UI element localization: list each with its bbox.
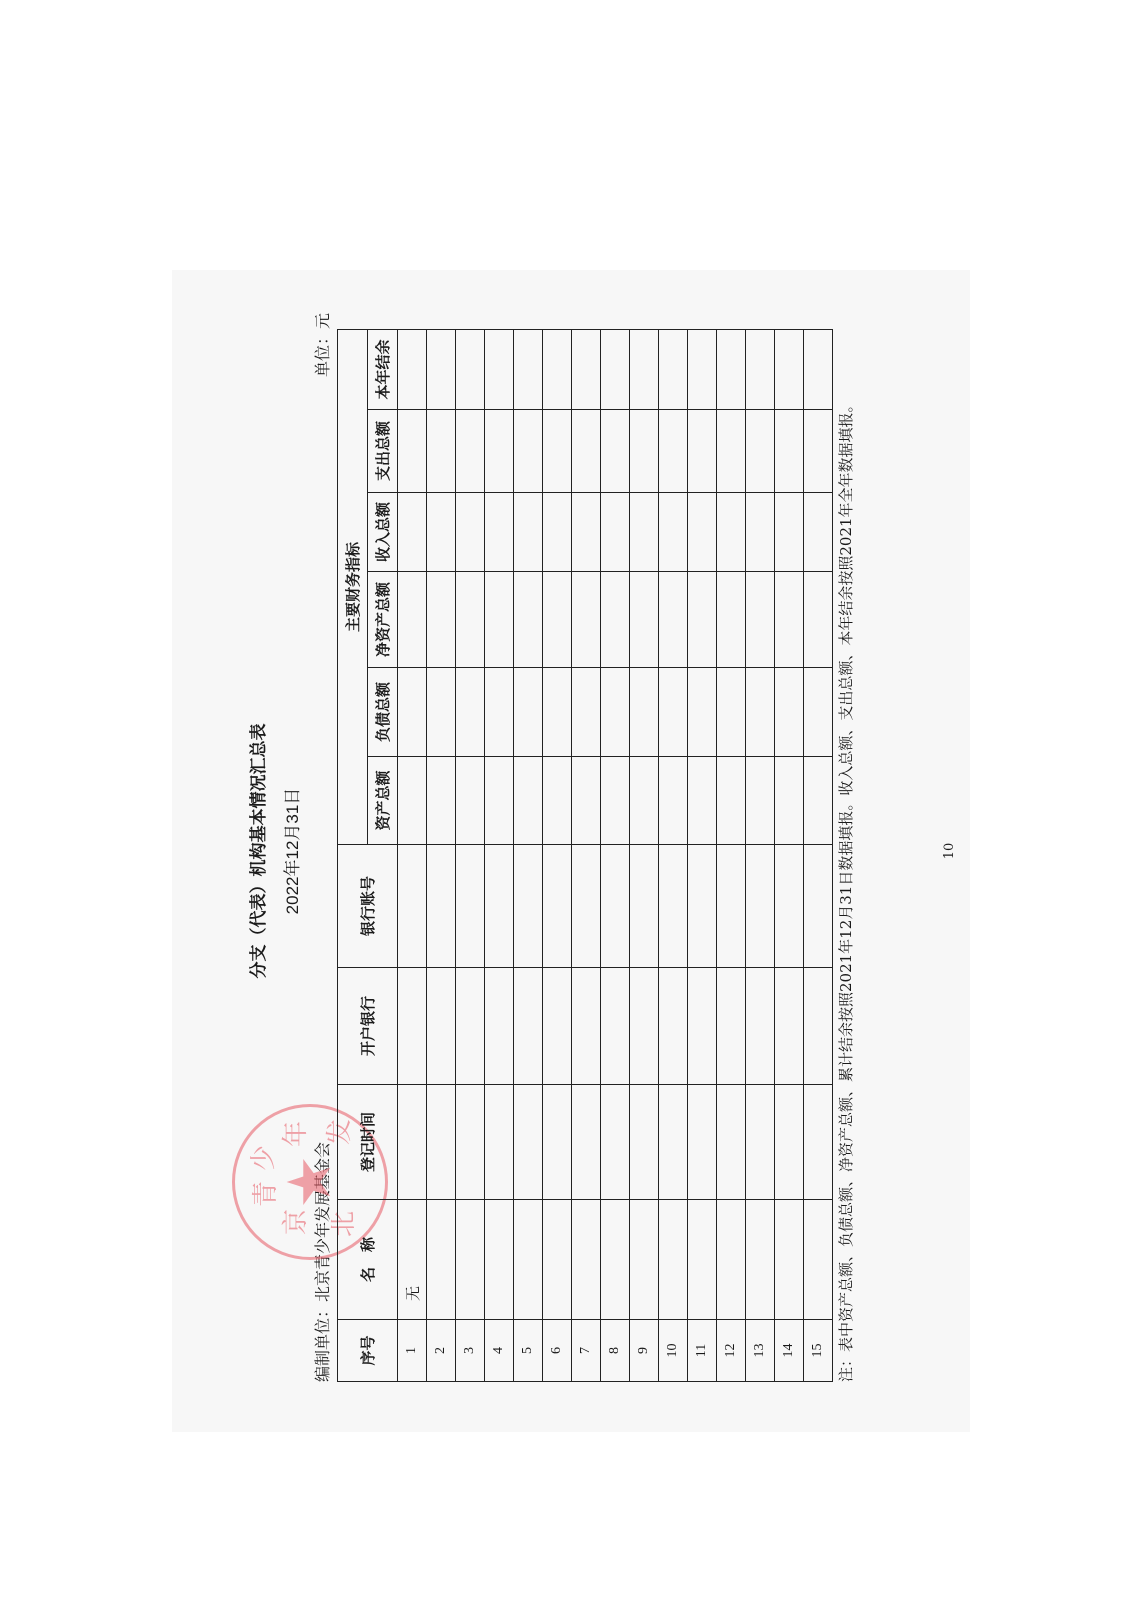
cell-total-expense (427, 410, 456, 493)
cell-total-income (804, 493, 833, 572)
cell-annual-surplus (543, 329, 572, 409)
cell-name (456, 1200, 485, 1320)
scanned-page: 分支（代表）机构基本情况汇总表 2022年12月31日 编制单位：北京青少年发展… (172, 270, 970, 1432)
cell-bank (804, 968, 833, 1085)
cell-bank (398, 968, 427, 1085)
cell-registration-time (630, 1085, 659, 1200)
cell-total-liabilities (456, 668, 485, 757)
cell-total-income (775, 493, 804, 572)
cell-total-income (601, 493, 630, 572)
cell-registration-time (775, 1085, 804, 1200)
cell-bank (485, 968, 514, 1085)
table-row: 10 (659, 329, 688, 1381)
cell-net-assets (746, 572, 775, 668)
cell-index: 8 (601, 1320, 630, 1382)
cell-total-liabilities (427, 668, 456, 757)
cell-registration-time (514, 1085, 543, 1200)
cell-registration-time (601, 1085, 630, 1200)
cell-total-income (717, 493, 746, 572)
cell-total-expense (398, 410, 427, 493)
cell-total-liabilities (572, 668, 601, 757)
cell-registration-time (543, 1085, 572, 1200)
cell-total-assets (456, 757, 485, 845)
cell-index: 10 (659, 1320, 688, 1382)
cell-total-income (543, 493, 572, 572)
cell-name (717, 1200, 746, 1320)
cell-bank (543, 968, 572, 1085)
cell-index: 5 (514, 1320, 543, 1382)
cell-annual-surplus (456, 329, 485, 409)
cell-net-assets (543, 572, 572, 668)
cell-annual-surplus (775, 329, 804, 409)
table-row: 1无 (398, 329, 427, 1381)
cell-name (572, 1200, 601, 1320)
cell-bank (601, 968, 630, 1085)
cell-total-assets (746, 757, 775, 845)
header-total-assets: 资产总额 (368, 757, 398, 845)
cell-net-assets (427, 572, 456, 668)
cell-total-assets (659, 757, 688, 845)
cell-account (398, 845, 427, 968)
cell-annual-surplus (804, 329, 833, 409)
cell-total-assets (630, 757, 659, 845)
table-row: 9 (630, 329, 659, 1381)
cell-total-expense (688, 410, 717, 493)
cell-account (775, 845, 804, 968)
table-row: 7 (572, 329, 601, 1381)
cell-bank (514, 968, 543, 1085)
cell-bank (688, 968, 717, 1085)
cell-total-liabilities (601, 668, 630, 757)
header-index: 序号 (338, 1320, 398, 1382)
cell-name: 无 (398, 1200, 427, 1320)
cell-name (804, 1200, 833, 1320)
cell-total-income (572, 493, 601, 572)
cell-total-liabilities (398, 668, 427, 757)
cell-name (485, 1200, 514, 1320)
cell-total-expense (659, 410, 688, 493)
cell-account (601, 845, 630, 968)
cell-total-expense (456, 410, 485, 493)
cell-total-liabilities (630, 668, 659, 757)
cell-registration-time (398, 1085, 427, 1200)
cell-bank (775, 968, 804, 1085)
cell-registration-time (572, 1085, 601, 1200)
document-title: 分支（代表）机构基本情况汇总表 (244, 270, 269, 1432)
cell-total-income (514, 493, 543, 572)
cell-account (514, 845, 543, 968)
cell-bank (746, 968, 775, 1085)
cell-total-income (427, 493, 456, 572)
cell-registration-time (688, 1085, 717, 1200)
cell-net-assets (572, 572, 601, 668)
cell-index: 6 (543, 1320, 572, 1382)
preparer-label: 编制单位： (313, 1302, 332, 1382)
cell-net-assets (804, 572, 833, 668)
cell-name (659, 1200, 688, 1320)
cell-name (630, 1200, 659, 1320)
cell-name (688, 1200, 717, 1320)
cell-net-assets (717, 572, 746, 668)
cell-bank (659, 968, 688, 1085)
table-row: 8 (601, 329, 630, 1381)
cell-account (630, 845, 659, 968)
cell-index: 13 (746, 1320, 775, 1382)
cell-annual-surplus (659, 329, 688, 409)
cell-annual-surplus (601, 329, 630, 409)
cell-index: 15 (804, 1320, 833, 1382)
cell-index: 9 (630, 1320, 659, 1382)
cell-account (543, 845, 572, 968)
cell-total-assets (804, 757, 833, 845)
cell-total-income (630, 493, 659, 572)
cell-index: 11 (688, 1320, 717, 1382)
cell-net-assets (601, 572, 630, 668)
header-registration-time: 登记时间 (338, 1085, 398, 1200)
cell-registration-time (427, 1085, 456, 1200)
footnote: 注：表中资产总额、负债总额、净资产总额、累计结余按照2021年12月31日数据填… (834, 322, 858, 1382)
cell-bank (572, 968, 601, 1085)
cell-net-assets (775, 572, 804, 668)
table-row: 11 (688, 329, 717, 1381)
cell-index: 4 (485, 1320, 514, 1382)
cell-index: 12 (717, 1320, 746, 1382)
cell-total-expense (746, 410, 775, 493)
header-financial-group: 主要财务指标 (338, 329, 368, 844)
cell-total-assets (485, 757, 514, 845)
header-net-assets: 净资产总额 (368, 572, 398, 668)
cell-index: 7 (572, 1320, 601, 1382)
cell-net-assets (485, 572, 514, 668)
cell-annual-surplus (427, 329, 456, 409)
table-row: 15 (804, 329, 833, 1381)
cell-registration-time (659, 1085, 688, 1200)
cell-account (804, 845, 833, 968)
cell-total-assets (572, 757, 601, 845)
header-account: 银行账号 (338, 845, 398, 968)
cell-total-income (456, 493, 485, 572)
cell-total-assets (427, 757, 456, 845)
cell-account (717, 845, 746, 968)
cell-total-assets (688, 757, 717, 845)
cell-total-income (398, 493, 427, 572)
cell-total-assets (717, 757, 746, 845)
cell-total-liabilities (804, 668, 833, 757)
table-row: 14 (775, 329, 804, 1381)
cell-account (427, 845, 456, 968)
page-number: 10 (942, 270, 957, 1432)
cell-annual-surplus (630, 329, 659, 409)
cell-total-liabilities (659, 668, 688, 757)
cell-registration-time (717, 1085, 746, 1200)
cell-account (659, 845, 688, 968)
cell-bank (717, 968, 746, 1085)
seal-star-icon: ★ (280, 1155, 340, 1209)
cell-total-income (659, 493, 688, 572)
header-name: 名 称 (338, 1200, 398, 1320)
unit-label: 单位：元 (310, 313, 333, 377)
cell-net-assets (659, 572, 688, 668)
cell-annual-surplus (398, 329, 427, 409)
cell-annual-surplus (572, 329, 601, 409)
rotated-landscape-page: 分支（代表）机构基本情况汇总表 2022年12月31日 编制单位：北京青少年发展… (172, 270, 970, 1432)
table-row: 5 (514, 329, 543, 1381)
cell-total-expense (601, 410, 630, 493)
cell-net-assets (630, 572, 659, 668)
cell-bank (427, 968, 456, 1085)
header-bank: 开户银行 (338, 968, 398, 1085)
cell-total-assets (543, 757, 572, 845)
cell-name (514, 1200, 543, 1320)
cell-total-liabilities (485, 668, 514, 757)
cell-annual-surplus (746, 329, 775, 409)
cell-total-income (746, 493, 775, 572)
cell-total-expense (485, 410, 514, 493)
cell-total-assets (775, 757, 804, 845)
cell-total-expense (514, 410, 543, 493)
table-row: 4 (485, 329, 514, 1381)
cell-index: 2 (427, 1320, 456, 1382)
cell-name (543, 1200, 572, 1320)
cell-account (485, 845, 514, 968)
cell-total-assets (514, 757, 543, 845)
cell-total-liabilities (543, 668, 572, 757)
cell-total-income (688, 493, 717, 572)
cell-registration-time (485, 1085, 514, 1200)
cell-annual-surplus (717, 329, 746, 409)
header-total-expense: 支出总额 (368, 410, 398, 493)
cell-account (456, 845, 485, 968)
cell-total-expense (775, 410, 804, 493)
cell-total-expense (804, 410, 833, 493)
cell-annual-surplus (514, 329, 543, 409)
header-total-income: 收入总额 (368, 493, 398, 572)
cell-account (572, 845, 601, 968)
cell-name (427, 1200, 456, 1320)
cell-name (601, 1200, 630, 1320)
cell-account (746, 845, 775, 968)
header-total-liabilities: 负债总额 (368, 668, 398, 757)
table-row: 13 (746, 329, 775, 1381)
cell-name (746, 1200, 775, 1320)
cell-name (775, 1200, 804, 1320)
cell-total-liabilities (514, 668, 543, 757)
cell-net-assets (456, 572, 485, 668)
table-row: 6 (543, 329, 572, 1381)
cell-net-assets (398, 572, 427, 668)
cell-registration-time (746, 1085, 775, 1200)
cell-total-expense (543, 410, 572, 493)
cell-net-assets (514, 572, 543, 668)
cell-index: 3 (456, 1320, 485, 1382)
cell-total-expense (717, 410, 746, 493)
cell-total-liabilities (775, 668, 804, 757)
cell-total-assets (398, 757, 427, 845)
table-row: 12 (717, 329, 746, 1381)
cell-index: 1 (398, 1320, 427, 1382)
cell-registration-time (804, 1085, 833, 1200)
cell-net-assets (688, 572, 717, 668)
cell-bank (630, 968, 659, 1085)
header-annual-surplus: 本年结余 (368, 329, 398, 409)
cell-account (688, 845, 717, 968)
cell-total-assets (601, 757, 630, 845)
branch-summary-table: 序号 名 称 登记时间 开户银行 银行账号 主要财务指标 资产总额 负债总额 净… (337, 329, 833, 1382)
cell-total-liabilities (688, 668, 717, 757)
cell-total-liabilities (746, 668, 775, 757)
cell-total-expense (572, 410, 601, 493)
cell-annual-surplus (485, 329, 514, 409)
cell-total-expense (630, 410, 659, 493)
cell-total-income (485, 493, 514, 572)
cell-bank (456, 968, 485, 1085)
cell-annual-surplus (688, 329, 717, 409)
table-row: 2 (427, 329, 456, 1381)
cell-registration-time (456, 1085, 485, 1200)
table-row: 3 (456, 329, 485, 1381)
cell-total-liabilities (717, 668, 746, 757)
cell-index: 14 (775, 1320, 804, 1382)
